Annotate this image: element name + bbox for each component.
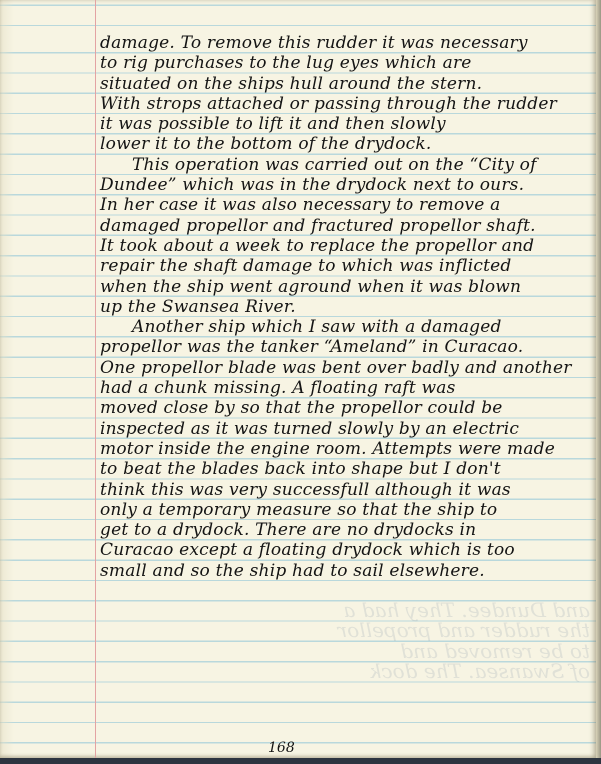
handwritten-text: damage. To remove this rudder it was nec…: [100, 33, 590, 581]
text-line: In her case it was also necessary to rem…: [100, 195, 590, 215]
text-line: when the ship went aground when it was b…: [100, 277, 590, 297]
text-line: Another ship which I saw with a damaged: [100, 317, 590, 337]
text-line: inspected as it was turned slowly by an …: [100, 419, 590, 439]
text-line: damaged propellor and fractured propello…: [100, 216, 590, 236]
text-line: Curacao except a floating drydock which …: [100, 540, 590, 560]
bleed-through-text: and Dundee. They had a the rudder and pr…: [100, 600, 590, 710]
text-line: Dundee” which was in the drydock next to…: [100, 175, 590, 195]
text-line: to beat the blades back into shape but I…: [100, 459, 590, 479]
text-line: damage. To remove this rudder it was nec…: [100, 33, 590, 53]
text-line: up the Swansea River.: [100, 297, 590, 317]
text-line: had a chunk missing. A floating raft was: [100, 378, 590, 398]
text-line: to rig purchases to the lug eyes which a…: [100, 53, 590, 73]
text-line: With strops attached or passing through …: [100, 94, 590, 114]
text-line: moved close by so that the propellor cou…: [100, 398, 590, 418]
text-line: propellor was the tanker “Ameland” in Cu…: [100, 337, 590, 357]
text-line: only a temporary measure so that the shi…: [100, 500, 590, 520]
text-line: think this was very successfull although…: [100, 480, 590, 500]
text-line: situated on the ships hull around the st…: [100, 74, 590, 94]
text-line: repair the shaft damage to which was inf…: [100, 256, 590, 276]
text-line: lower it to the bottom of the drydock.: [100, 134, 590, 154]
text-line: It took about a week to replace the prop…: [100, 236, 590, 256]
notebook-page: and Dundee. They had a the rudder and pr…: [0, 0, 596, 758]
text-line: One propellor blade was bent over badly …: [100, 358, 590, 378]
text-line: motor inside the engine room. Attempts w…: [100, 439, 590, 459]
text-line: it was possible to lift it and then slow…: [100, 114, 590, 134]
margin-line: [95, 0, 96, 758]
text-line: small and so the ship had to sail elsewh…: [100, 561, 590, 581]
page-number: 168: [268, 740, 295, 756]
page-edge: [596, 0, 601, 758]
text-line: This operation was carried out on the “C…: [100, 155, 590, 175]
text-line: get to a drydock. There are no drydocks …: [100, 520, 590, 540]
